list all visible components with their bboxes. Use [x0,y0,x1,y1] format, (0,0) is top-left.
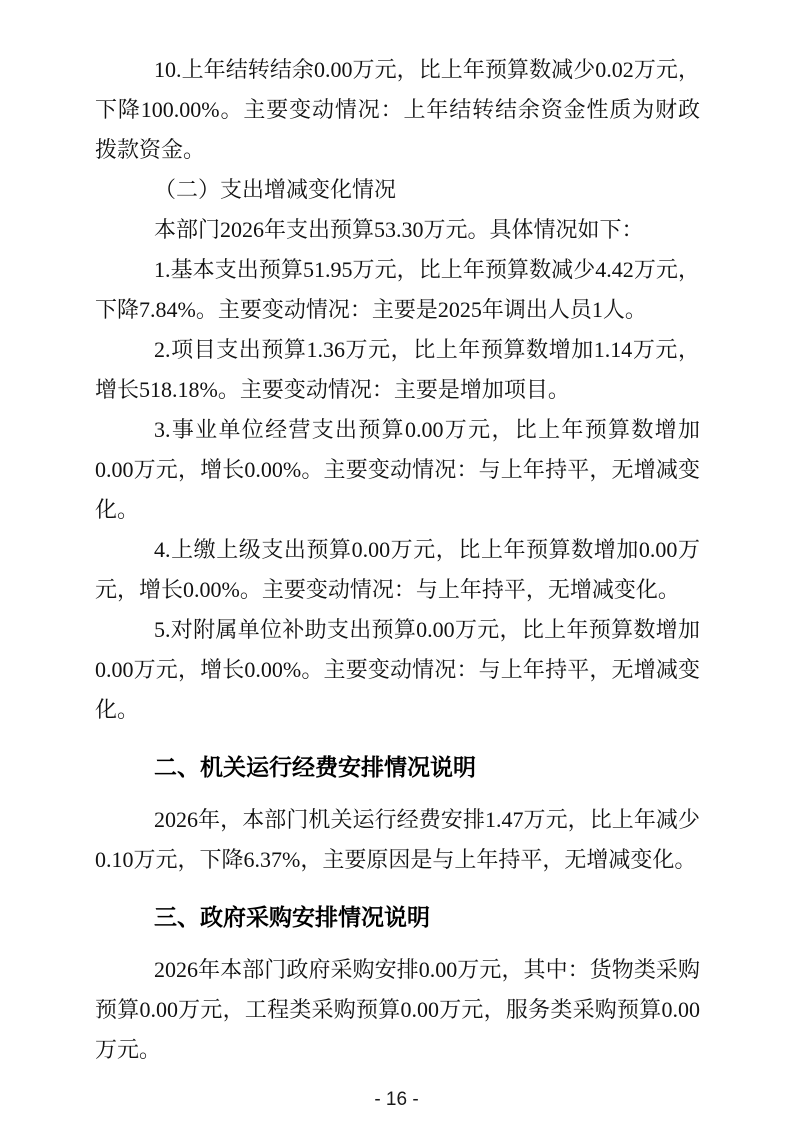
paragraph-operating-funds: 2026年，本部门机关运行经费安排1.47万元，比上年减少0.10万元，下降6.… [95,800,700,880]
subsection-title-expenditure-changes: （二）支出增减变化情况 [95,170,700,210]
section-heading-government-procurement: 三、政府采购安排情况说明 [95,897,700,937]
paragraph-item-3-operating-expenditure: 3.事业单位经营支出预算0.00万元，比上年预算数增加0.00万元，增长0.00… [95,410,700,530]
section-heading-operating-funds: 二、机关运行经费安排情况说明 [95,747,700,787]
paragraph-government-procurement: 2026年本部门政府采购安排0.00万元，其中：货物类采购预算0.00万元，工程… [95,950,700,1070]
paragraph-item-1-basic-expenditure: 1.基本支出预算51.95万元，比上年预算数减少4.42万元，下降7.84%。主… [95,250,700,330]
paragraph-item-5-subsidy-expenditure: 5.对附属单位补助支出预算0.00万元，比上年预算数增加0.00万元，增长0.0… [95,610,700,730]
document-page: 10.上年结转结余0.00万元，比上年预算数减少0.02万元，下降100.00%… [0,0,793,1122]
paragraph-item-10-carryover: 10.上年结转结余0.00万元，比上年预算数减少0.02万元，下降100.00%… [95,50,700,170]
paragraph-item-2-project-expenditure: 2.项目支出预算1.36万元，比上年预算数增加1.14万元，增长518.18%。… [95,330,700,410]
paragraph-item-4-upward-remittance: 4.上缴上级支出预算0.00万元，比上年预算数增加0.00万元，增长0.00%。… [95,530,700,610]
paragraph-expenditure-total: 本部门2026年支出预算53.30万元。具体情况如下： [95,210,700,250]
document-body: 10.上年结转结余0.00万元，比上年预算数减少0.02万元，下降100.00%… [0,0,793,1070]
page-number: - 16 - [0,1090,793,1110]
